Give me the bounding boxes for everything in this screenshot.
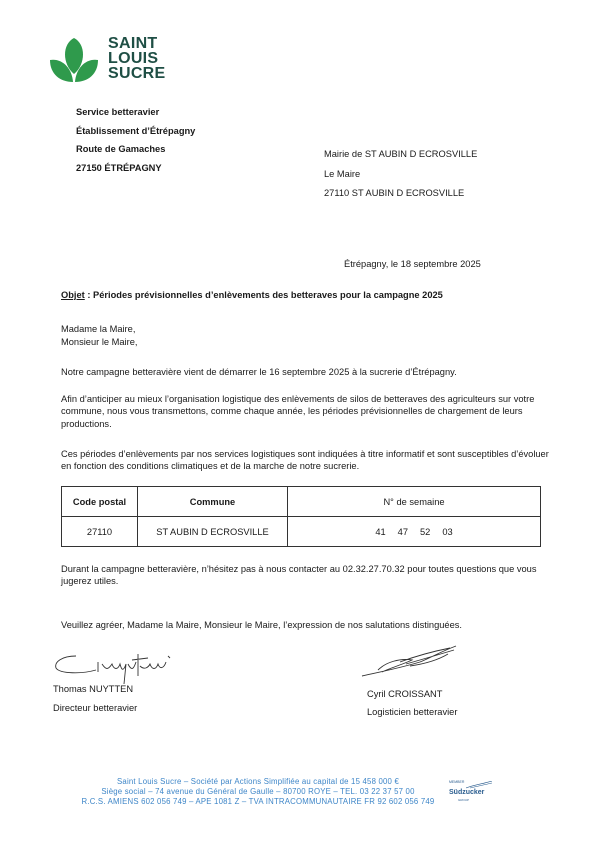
signatory-title: Directeur betteravier	[53, 703, 137, 714]
signature-nuytten	[52, 648, 182, 688]
three-leaf-icon	[46, 36, 102, 92]
salutation-line: Monsieur le Maire,	[61, 337, 137, 348]
footer-line: Siège social – 74 avenue du Général de G…	[58, 787, 458, 797]
logo-line: SUCRE	[108, 66, 166, 81]
salutation-line: Madame la Maire,	[61, 324, 135, 335]
company-logo: SAINT LOUIS SUCRE	[44, 34, 174, 94]
cell-semaines: 41475203	[288, 517, 541, 547]
subject-separator: :	[85, 290, 93, 300]
recipient-line: 27110 ST AUBIN D ECROSVILLE	[324, 188, 477, 199]
logo-line: SAINT	[108, 36, 166, 51]
group-logo-tagline: GROUP	[458, 798, 469, 802]
footer-line: R.C.S. AMIENS 602 056 749 – APE 1081 Z –…	[58, 797, 458, 807]
subject-line: Objet : Périodes prévisionnelles d’enlèv…	[61, 290, 443, 301]
signatory-name: Cyril CROISSANT	[367, 689, 442, 700]
logo-wordmark: SAINT LOUIS SUCRE	[108, 36, 166, 81]
paragraph: Afin d’anticiper au mieux l’organisation…	[61, 393, 551, 430]
week-number: 03	[442, 527, 452, 537]
legal-footer: Saint Louis Sucre – Société par Actions …	[58, 777, 458, 806]
wave-icon	[466, 781, 492, 789]
contact-paragraph: Durant la campagne betteravière, n’hésit…	[61, 563, 551, 588]
week-number: 52	[420, 527, 430, 537]
table-header-row: Code postal Commune N° de semaine	[62, 487, 541, 517]
recipient-address: Mairie de ST AUBIN D ECROSVILLE Le Maire…	[324, 149, 477, 208]
sender-line: Service betteravier	[76, 107, 195, 118]
recipient-line: Mairie de ST AUBIN D ECROSVILLE	[324, 149, 477, 160]
recipient-line: Le Maire	[324, 169, 477, 180]
cell-code-postal: 27110	[62, 517, 138, 547]
paragraph: Notre campagne betteravière vient de dém…	[61, 366, 551, 378]
date-line: Étrépagny, le 18 septembre 2025	[344, 259, 481, 270]
column-header: Commune	[138, 487, 288, 517]
group-logo: MEMBER Südzucker GROUP	[448, 778, 496, 804]
collection-weeks-table: Code postal Commune N° de semaine 27110 …	[61, 486, 541, 547]
footer-line: Saint Louis Sucre – Société par Actions …	[58, 777, 458, 787]
sender-line: Route de Gamaches	[76, 144, 195, 155]
signature-croissant	[360, 642, 460, 682]
paragraph: Ces périodes d’enlèvements par nos servi…	[61, 448, 551, 473]
signatory-title: Logisticien betteravier	[367, 707, 457, 718]
signatory-name: Thomas NUYTTEN	[53, 684, 133, 695]
closing-paragraph: Veuillez agréer, Madame la Maire, Monsie…	[61, 619, 551, 631]
sender-line: 27150 ÉTRÉPAGNY	[76, 163, 195, 174]
subject-label: Objet	[61, 290, 85, 300]
week-number: 41	[375, 527, 385, 537]
table-row: 27110 ST AUBIN D ECROSVILLE 41475203	[62, 517, 541, 547]
group-logo-small-text: MEMBER	[449, 780, 464, 784]
sender-address: Service betteravier Établissement d’Étré…	[76, 107, 195, 181]
cell-commune: ST AUBIN D ECROSVILLE	[138, 517, 288, 547]
week-number: 47	[398, 527, 408, 537]
group-logo-name: Südzucker	[449, 789, 484, 797]
column-header: N° de semaine	[288, 487, 541, 517]
column-header: Code postal	[62, 487, 138, 517]
logo-line: LOUIS	[108, 51, 166, 66]
subject-text: Périodes prévisionnelles d’enlèvements d…	[93, 290, 443, 300]
sender-line: Établissement d’Étrépagny	[76, 126, 195, 137]
